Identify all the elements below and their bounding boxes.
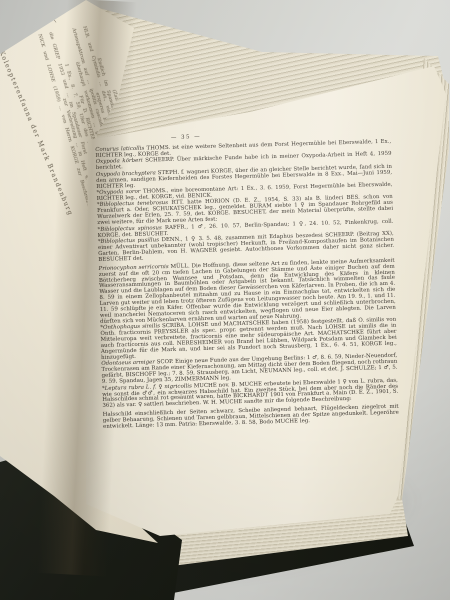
paragraph: Prionocyphon serricornis MÜLL. Die Hoffn… — [99, 258, 397, 325]
right-page-paragraphs: Conurus laticollis THOMS. ist eine weite… — [95, 140, 399, 431]
right-page-text: — 35 — Conurus laticollis THOMS. ist ein… — [95, 130, 399, 432]
photo-of-open-book: — 34 — Koleopterenfauna der Mark Branden… — [0, 0, 450, 600]
